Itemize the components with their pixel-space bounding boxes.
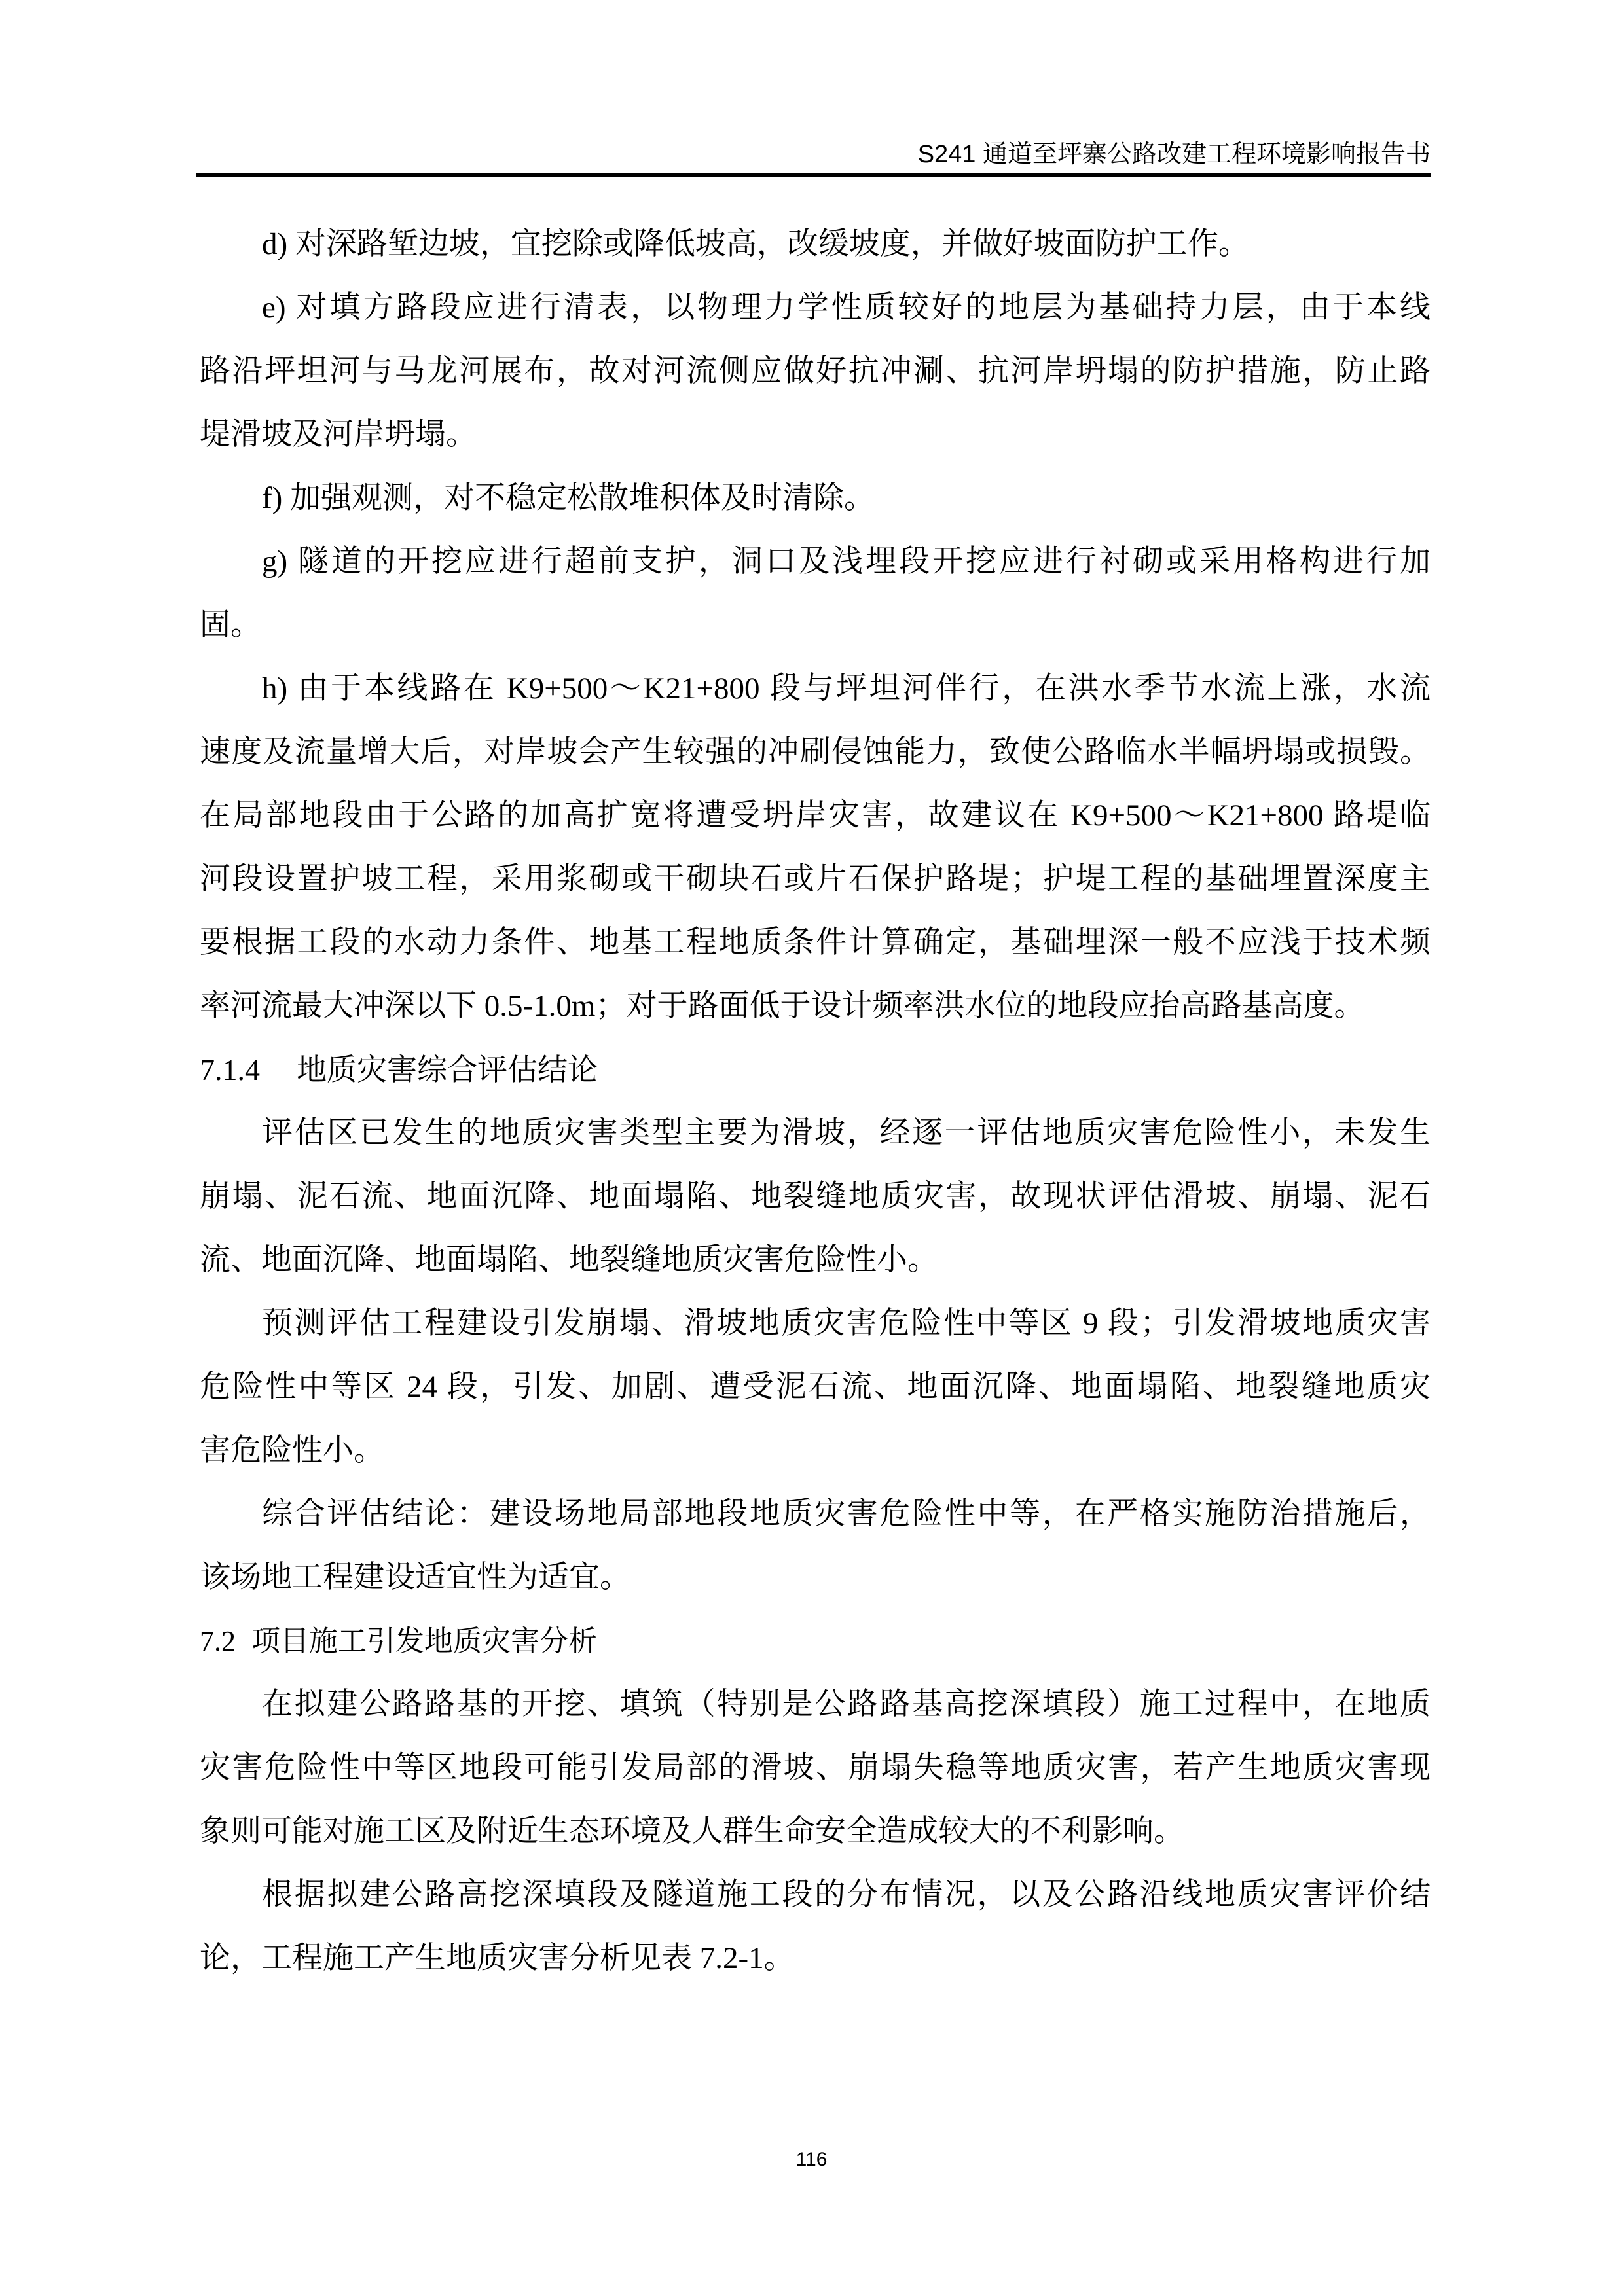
- paragraph-construction-impact: 在拟建公路路基的开挖、填筑（特别是公路路基高挖深填段）施工过程中，在地质 灾害危…: [200, 1673, 1431, 1863]
- text-line: 崩塌、泥石流、地面沉降、地面塌陷、地裂缝地质灾害，故现状评估滑坡、崩塌、泥石: [200, 1165, 1431, 1229]
- text-line: 河段设置护坡工程，采用浆砌或干砌块石或片石保护路堤；护堤工程的基础埋置深度主: [200, 848, 1431, 911]
- section-number: 7.2: [200, 1609, 236, 1673]
- text-line: 该场地工程建设适宜性为适宜。: [200, 1546, 1431, 1609]
- paragraph-item-h: h) 由于本线路在 K9+500～K21+800 段与坪坦河伴行，在洪水季节水流…: [200, 657, 1431, 1038]
- text-line: 在局部地段由于公路的加高扩宽将遭受坍岸灾害，故建议在 K9+500～K21+80…: [200, 784, 1431, 848]
- text-line: 综合评估结论：建设场地局部地段地质灾害危险性中等，在严格实施防治措施后，: [200, 1482, 1431, 1546]
- text-line: h) 由于本线路在 K9+500～K21+800 段与坪坦河伴行，在洪水季节水流…: [200, 657, 1431, 721]
- paragraph-item-f: f) 加强观测，对不稳定松散堆积体及时清除。: [200, 467, 1431, 530]
- paragraph-overall-conclusion: 综合评估结论：建设场地局部地段地质灾害危险性中等，在严格实施防治措施后， 该场地…: [200, 1482, 1431, 1609]
- text-line: 固。: [200, 594, 1431, 657]
- section-title: 地质灾害综合评估结论: [297, 1053, 598, 1086]
- text-line: 评估区已发生的地质灾害类型主要为滑坡，经逐一评估地质灾害危险性小，未发生: [200, 1102, 1431, 1165]
- paragraph-predictive-assessment: 预测评估工程建设引发崩塌、滑坡地质灾害危险性中等区 9 段；引发滑坡地质灾害 危…: [200, 1292, 1431, 1482]
- document-title: S241 通道至坪寨公路改建工程环境影响报告书: [918, 141, 1431, 168]
- text-line: 路沿坪坦河与马龙河展布，故对河流侧应做好抗冲涮、抗河岸坍塌的防护措施，防止路: [200, 340, 1431, 403]
- section-number: 7.1.4: [200, 1038, 260, 1102]
- text-line: 率河流最大冲深以下 0.5-1.0m；对于路面低于设计频率洪水位的地段应抬高路基…: [200, 975, 1431, 1038]
- section-heading-7-2: 7.2项目施工引发地质灾害分析: [200, 1609, 1431, 1673]
- text-line: 害危险性小。: [200, 1419, 1431, 1482]
- text-line: 灾害危险性中等区地段可能引发局部的滑坡、崩塌失稳等地质灾害，若产生地质灾害现: [200, 1736, 1431, 1800]
- text-line: 象则可能对施工区及附近生态环境及人群生命安全造成较大的不利影响。: [200, 1800, 1431, 1863]
- text-line: 要根据工段的水动力条件、地基工程地质条件计算确定，基础埋深一般不应浅于技术频: [200, 911, 1431, 975]
- document-body: d) 对深路堑边坡，宜挖除或降低坡高，改缓坡度，并做好坡面防护工作。 e) 对填…: [200, 213, 1431, 1990]
- paragraph-item-e: e) 对填方路段应进行清表，以物理力学性质较好的地层为基础持力层，由于本线 路沿…: [200, 276, 1431, 467]
- header-divider: [196, 173, 1431, 177]
- text-line: 论，工程施工产生地质灾害分析见表 7.2-1。: [200, 1927, 1431, 1990]
- text-line: 根据拟建公路高挖深填段及隧道施工段的分布情况，以及公路沿线地质灾害评价结: [200, 1863, 1431, 1927]
- text-line: 危险性中等区 24 段，引发、加剧、遭受泥石流、地面沉降、地面塌陷、地裂缝地质灾: [200, 1355, 1431, 1419]
- paragraph-item-d: d) 对深路堑边坡，宜挖除或降低坡高，改缓坡度，并做好坡面防护工作。: [200, 213, 1431, 276]
- text-line: d) 对深路堑边坡，宜挖除或降低坡高，改缓坡度，并做好坡面防护工作。: [200, 213, 1431, 276]
- text-line: 流、地面沉降、地面塌陷、地裂缝地质灾害危险性小。: [200, 1229, 1431, 1292]
- section-title: 项目施工引发地质灾害分析: [251, 1624, 597, 1658]
- page-header: S241 通道至坪寨公路改建工程环境影响报告书: [196, 111, 1431, 177]
- paragraph-table-reference: 根据拟建公路高挖深填段及隧道施工段的分布情况，以及公路沿线地质灾害评价结 论，工…: [200, 1863, 1431, 1990]
- text-line: 速度及流量增大后，对岸坡会产生较强的冲刷侵蚀能力，致使公路临水半幅坍塌或损毁。: [200, 721, 1431, 784]
- page-number: 116: [0, 2149, 1623, 2171]
- text-line: 预测评估工程建设引发崩塌、滑坡地质灾害危险性中等区 9 段；引发滑坡地质灾害: [200, 1292, 1431, 1355]
- text-line: 堤滑坡及河岸坍塌。: [200, 403, 1431, 467]
- section-heading-7-1-4: 7.1.4地质灾害综合评估结论: [200, 1038, 1431, 1102]
- paragraph-current-assessment: 评估区已发生的地质灾害类型主要为滑坡，经逐一评估地质灾害危险性小，未发生 崩塌、…: [200, 1102, 1431, 1292]
- text-line: e) 对填方路段应进行清表，以物理力学性质较好的地层为基础持力层，由于本线: [200, 276, 1431, 340]
- text-line: f) 加强观测，对不稳定松散堆积体及时清除。: [200, 467, 1431, 530]
- text-line: 在拟建公路路基的开挖、填筑（特别是公路路基高挖深填段）施工过程中，在地质: [200, 1673, 1431, 1736]
- text-line: g) 隧道的开挖应进行超前支护，洞口及浅埋段开挖应进行衬砌或采用格构进行加: [200, 530, 1431, 594]
- paragraph-item-g: g) 隧道的开挖应进行超前支护，洞口及浅埋段开挖应进行衬砌或采用格构进行加 固。: [200, 530, 1431, 657]
